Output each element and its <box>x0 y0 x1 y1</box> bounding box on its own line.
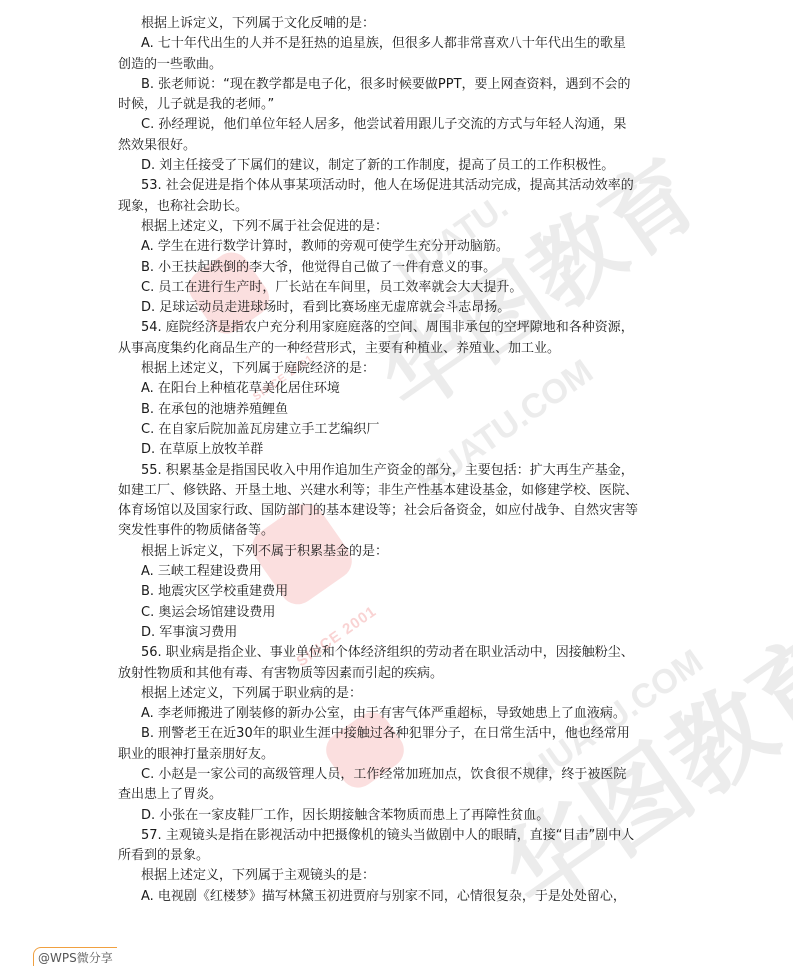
option-b: B. 在承包的池塘养殖鲤鱼 <box>118 400 698 420</box>
option-c: C. 奥运会场馆建设费用 <box>118 603 698 623</box>
question-54: 54. 庭院经济是指农户充分利用家庭庭落的空间、周围非承包的空坪隙地和各种资源， <box>118 318 698 338</box>
question-prompt: 根据上述定义，下列不属于社会促进的是： <box>118 217 698 237</box>
option-b: B. 刑警老王在近30年的职业生涯中接触过各种犯罪分子，在日常生活中，他也经常用 <box>118 724 698 744</box>
option-a: A. 在阳台上种植花草美化居住环境 <box>118 379 698 399</box>
question-prompt: 根据上述定义，下列属于主观镜头的是： <box>118 866 698 886</box>
question-prompt: 根据上述定义，下列属于庭院经济的是： <box>118 359 698 379</box>
option-d: D. 小张在一家皮鞋厂工作，因长期接触含苯物质而患上了再障性贫血。 <box>118 806 698 826</box>
text-line: 放射性物质和其他有毒、有害物质等因素而引起的疾病。 <box>118 664 698 684</box>
option-a: A. 李老师搬进了刚装修的新办公室，由于有害气体严重超标，导致她患上了血液病。 <box>118 704 698 724</box>
option-d: D. 在草原上放牧羊群 <box>118 440 698 460</box>
question-53: 53. 社会促进是指个体从事某项活动时，他人在场促进其活动完成，提高其活动效率的 <box>118 176 698 196</box>
option-b: B. 张老师说：“现在教学都是电子化，很多时候要做PPT，要上网查资料，遇到不会… <box>118 75 698 95</box>
question-prompt: 根据上诉定义，下列不属于积累基金的是： <box>118 542 698 562</box>
option-a: A. 七十年代出生的人并不是狂热的追星族，但很多人都非常喜欢八十年代出生的歌星 <box>118 34 698 54</box>
document-page: 华图教育 HUATU. HUATU.COM 华图教育 HUATU.COM SIN… <box>0 0 793 970</box>
text-line: 查出患上了胃炎。 <box>118 785 698 805</box>
question-prompt: 根据上述定义，下列属于职业病的是： <box>118 684 698 704</box>
text-line: 职业的眼神打量亲朋好友。 <box>118 745 698 765</box>
option-c: C. 员工在进行生产时，厂长站在车间里，员工效率就会大大提升。 <box>118 278 698 298</box>
text-line: 创造的一些歌曲。 <box>118 55 698 75</box>
option-d: D. 足球运动员走进球场时，看到比赛场座无虚席就会斗志昂扬。 <box>118 298 698 318</box>
question-text: 根据上诉定义，下列属于文化反哺的是： A. 七十年代出生的人并不是狂热的追星族，… <box>118 14 698 907</box>
text-line: 突发性事件的物质储备等。 <box>118 521 698 541</box>
option-a: A. 电视剧《红楼梦》描写林黛玉初进贾府与别家不同，心情很复杂，于是处处留心， <box>118 887 698 907</box>
option-b: B. 小王扶起跌倒的李大爷，他觉得自己做了一件有意义的事。 <box>118 258 698 278</box>
text-line: 如建工厂、修铁路、开垦土地、兴建水利等；非生产性基本建设基金，如修建学校、医院、 <box>118 481 698 501</box>
option-a: A. 三峡工程建设费用 <box>118 562 698 582</box>
question-57: 57. 主观镜头是指在影视活动中把摄像机的镜头当做剧中人的眼睛，直接“目击”剧中… <box>118 826 698 846</box>
question-55: 55. 积累基金是指国民收入中用作追加生产资金的部分，主要包括：扩大再生产基金， <box>118 461 698 481</box>
question-56: 56. 职业病是指企业、事业单位和个体经济组织的劳动者在职业活动中，因接触粉尘、 <box>118 643 698 663</box>
option-b: B. 地震灾区学校重建费用 <box>118 582 698 602</box>
option-c: C. 在自家后院加盖瓦房建立手工艺编织厂 <box>118 420 698 440</box>
option-d: D. 刘主任接受了下属们的建议，制定了新的工作制度，提高了员工的工作积极性。 <box>118 156 698 176</box>
text-line: 所看到的景象。 <box>118 846 698 866</box>
option-a: A. 学生在进行数学计算时，教师的旁观可使学生充分开动脑筋。 <box>118 237 698 257</box>
text-line: 体育场馆以及国家行政、国防部门的基本建设等；社会后备资金，如应付战争、自然灾害等 <box>118 501 698 521</box>
text-line: 时候，儿子就是我的老师。” <box>118 95 698 115</box>
text-line: 然效果很好。 <box>118 136 698 156</box>
wps-share-badge: @WPS微分享 <box>33 947 117 966</box>
option-c: C. 孙经理说，他们单位年轻人居多，他尝试着用跟儿子交流的方式与年轻人沟通，果 <box>118 115 698 135</box>
option-d: D. 军事演习费用 <box>118 623 698 643</box>
text-line: 从事高度集约化商品生产的一种经营形式，主要有种植业、养殖业、加工业。 <box>118 339 698 359</box>
option-c: C. 小赵是一家公司的高级管理人员，工作经常加班加点，饮食很不规律，终于被医院 <box>118 765 698 785</box>
text-line: 现象，也称社会助长。 <box>118 197 698 217</box>
text-line: 根据上诉定义，下列属于文化反哺的是： <box>118 14 698 34</box>
